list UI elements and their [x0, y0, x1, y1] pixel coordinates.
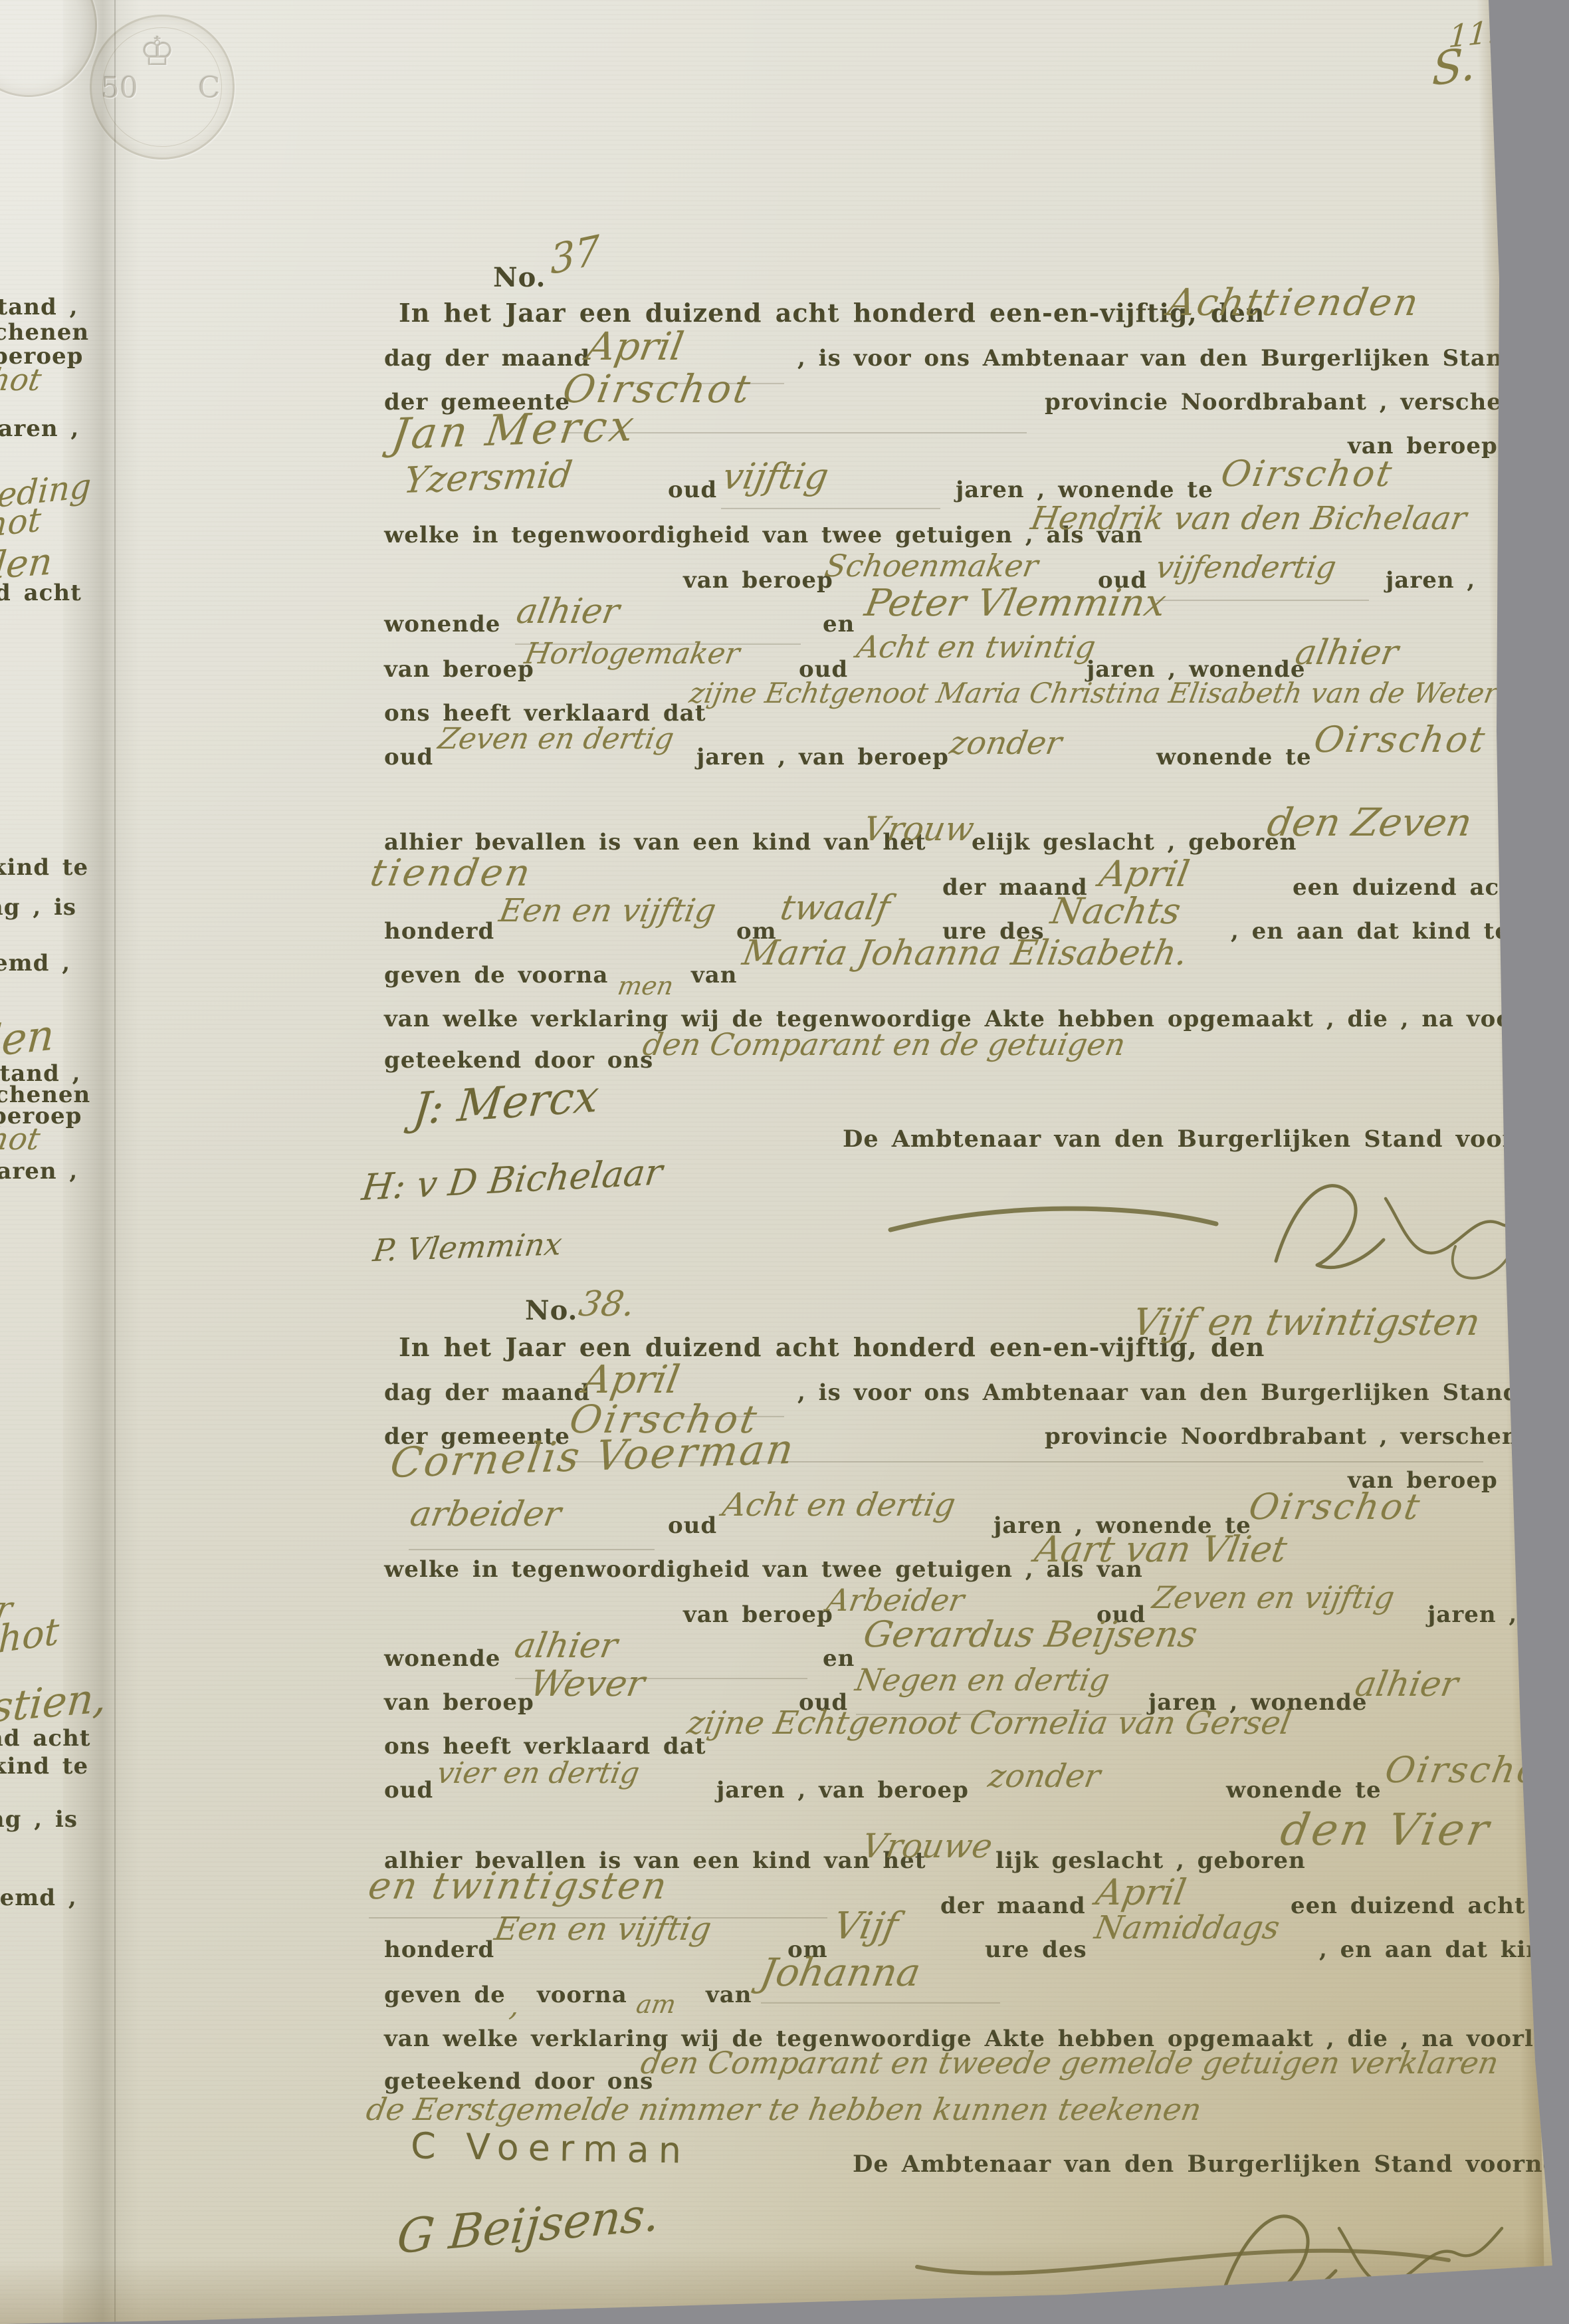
printed-form-text: provincie Noordbrabant , verschenen — [1045, 1425, 1551, 1448]
handwritten-entry: Cornelis Voerman — [388, 1429, 798, 1484]
signature-beijsens: G Beijsens. — [395, 2190, 661, 2260]
handwritten-entry: April — [1093, 1875, 1188, 1911]
handwritten-entry: April — [580, 1360, 682, 1399]
handwritten-entry: am — [635, 1992, 678, 2017]
handwritten-entry: Arbeider — [825, 1585, 966, 1615]
printed-form-text: wonende te — [1226, 1779, 1382, 1801]
printed-form-text: dag der maand — [384, 1381, 590, 1404]
handwritten-entry: Vrouwe — [860, 1829, 995, 1863]
form-rule-line — [515, 1678, 807, 1679]
printed-form-text: ure des — [985, 1938, 1087, 1961]
handwritten-entry: Gerardus Beijsens — [861, 1617, 1200, 1653]
handwritten-entry: zijne Echtgenoot Cornelia van Gersel — [685, 1707, 1294, 1739]
form-rule-line — [409, 1549, 655, 1550]
document-scan: Stand ,chenenberoephotjaren ,lMedingchot… — [0, 0, 1569, 2324]
handwritten-entry: Vijf en twintigsten — [1130, 1304, 1483, 1341]
handwritten-entry: zonder — [986, 1760, 1103, 1792]
form-rule-line — [369, 1917, 827, 1918]
printed-form-text: geven de — [384, 1984, 506, 2006]
registrar-signature-flourish-act1 — [871, 1160, 1562, 1286]
handwritten-entry: , — [508, 1992, 522, 2021]
printed-form-text: en — [823, 1647, 855, 1670]
printed-form-text: van — [706, 1984, 752, 2006]
handwritten-entry: alhier — [512, 1629, 620, 1663]
printed-form-text: , en aan dat kind te — [1319, 1938, 1569, 1961]
form-rule-line — [625, 383, 784, 384]
handwritten-entry: Oirschot — [1246, 1489, 1424, 1525]
handwritten-entry: alhier — [1352, 1667, 1461, 1702]
form-rule-line — [856, 1714, 1142, 1715]
handwritten-entry: Aart van Vliet — [1032, 1532, 1289, 1568]
printed-form-text: geteekend door ons — [384, 2070, 653, 2093]
printed-form-text: jaren , van beroep — [716, 1779, 969, 1801]
handwritten-entry: den Vier — [1277, 1808, 1495, 1852]
printed-form-text: honderd — [384, 1938, 494, 1961]
printed-form-text: No. — [525, 1298, 577, 1324]
handwritten-entry: Zeven en vijftig — [1150, 1582, 1397, 1613]
handwritten-entry: Negen en dertig — [853, 1665, 1112, 1695]
printed-form-text: van beroep — [683, 1603, 833, 1626]
printed-form-text: een duizend acht — [1291, 1895, 1526, 1917]
printed-form-text: van beroep — [384, 1691, 534, 1714]
form-rule-line — [515, 643, 801, 645]
printed-form-text: jaren , — [1427, 1603, 1517, 1626]
handwritten-entry: en twintigsten — [366, 1868, 671, 1905]
printed-form-text: der maand — [940, 1895, 1086, 1917]
handwritten-entry: Vijf — [831, 1908, 900, 1945]
printed-form-text: voorna — [537, 1984, 627, 2006]
printed-form-text: welke in tegenwoordigheid van twee getui… — [384, 1558, 1143, 1581]
form-rule-line — [566, 1461, 1483, 1462]
register-page: Stand ,chenenberoephotjaren ,lMedingchot… — [0, 0, 1569, 2324]
handwritten-entry: de Eerstgemelde nimmer te hebben kunnen … — [364, 2094, 1203, 2125]
handwritten-entry: Namiddags — [1093, 1912, 1282, 1944]
form-rule-line — [1156, 600, 1369, 601]
form-rule-line — [562, 432, 1027, 433]
handwritten-entry: Acht en dertig — [720, 1489, 958, 1521]
handwritten-entry: Oirschot — [1382, 1752, 1560, 1788]
printed-form-text: wonende — [384, 1647, 500, 1670]
act2-number: 38. — [576, 1287, 637, 1322]
registrar-title: De Ambtenaar van den Burgerlijken Stand … — [853, 2152, 1569, 2176]
handwritten-entry: arbeider — [407, 1497, 564, 1532]
form-rule-line — [761, 2002, 1000, 2004]
registrar-signature-flourish-act2 — [877, 2187, 1568, 2320]
handwritten-entry: Wever — [527, 1666, 647, 1702]
printed-form-text: oud — [668, 1514, 717, 1537]
handwritten-entry: vier en dertig — [435, 1759, 641, 1788]
signature-voerman: C Voerman — [411, 2128, 691, 2168]
handwritten-entry: den Comparant en tweede gemelde getuigen… — [639, 2047, 1501, 2078]
printed-form-text: oud — [384, 1779, 433, 1801]
form-rule-line — [625, 1416, 784, 1417]
printed-form-text: lijk geslacht , geboren — [995, 1849, 1306, 1872]
printed-form-text: ons heeft verklaard dat — [384, 1735, 706, 1758]
printed-form-text: , is voor ons Ambtenaar van den Burgerli… — [797, 1381, 1528, 1404]
handwritten-entry: Johanna — [758, 1953, 924, 1992]
form-rule-line — [721, 508, 940, 509]
